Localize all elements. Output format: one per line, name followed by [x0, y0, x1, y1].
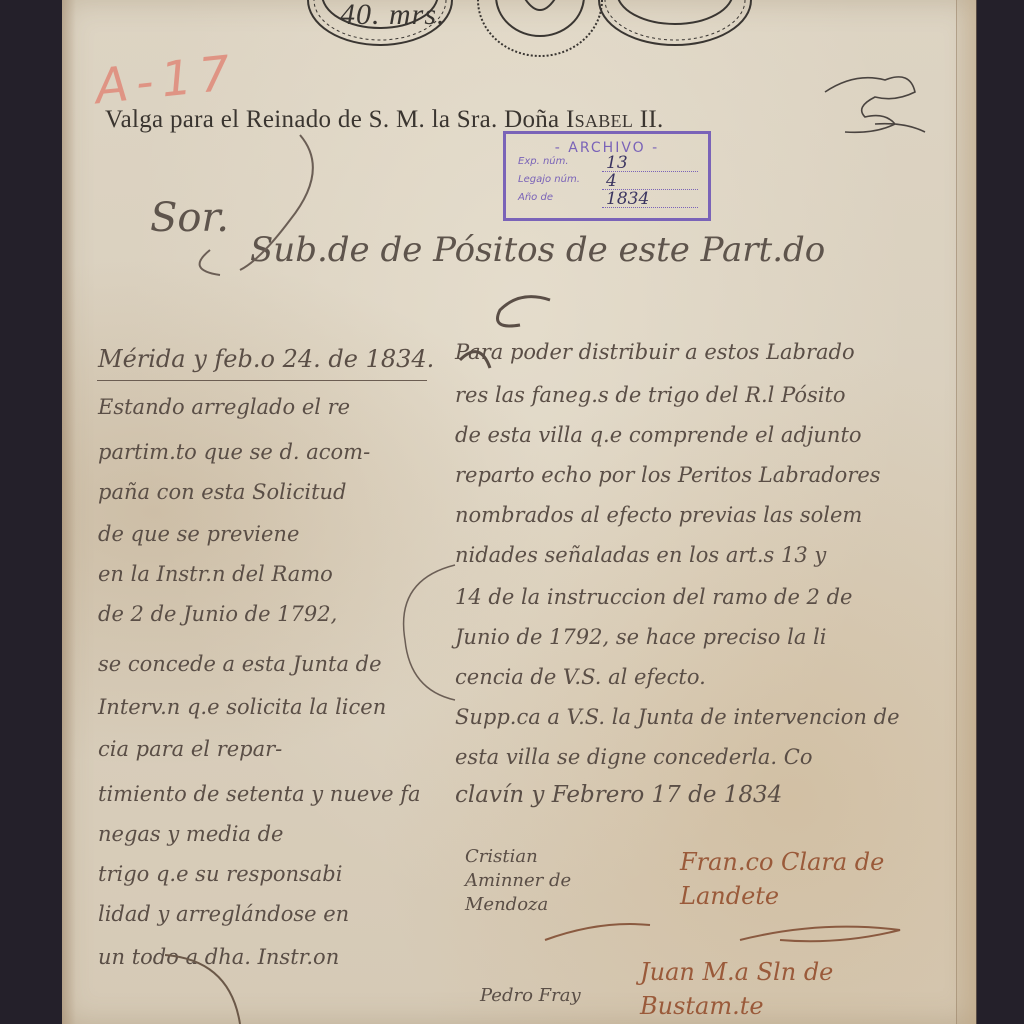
- decree-line: lidad y arreglándose en: [98, 902, 349, 926]
- stamp-seal-value: 40. mrs.: [300, 0, 460, 50]
- petition-line: Para poder distribuir a estos Labrado: [455, 340, 855, 364]
- stamp-value: 1834: [606, 189, 649, 209]
- stamp-value: 4: [606, 171, 617, 191]
- decree-line: de 2 de Junio de 1792,: [98, 602, 337, 626]
- petition-line: nombrados al efecto previas las solem: [455, 503, 862, 527]
- petition-line: Supp.ca a V.S. la Junta de intervencion …: [455, 705, 900, 729]
- petition-line: esta villa se digne concederla. Co: [455, 745, 812, 769]
- page-left-edge: [62, 0, 76, 1024]
- signature-1: Cristian Aminner de Mendoza: [465, 845, 585, 917]
- petition-line: de esta villa q.e comprende el adjunto: [455, 423, 862, 447]
- decree-date: Mérida y feb.o 24. de 1834.: [98, 345, 434, 373]
- signature-3: Juan M.a Sln de Bustam.te: [640, 955, 880, 1023]
- petition-date-line: clavín y Febrero 17 de 1834: [455, 782, 782, 808]
- petition-line: res las faneg.s de trigo del R.l Pósito: [455, 383, 846, 407]
- rubric-flourish-icon: [815, 62, 935, 142]
- petition-line: nidades señaladas en los art.s 13 y: [455, 543, 826, 567]
- divider-rule: [97, 380, 427, 381]
- salutation: Sor.: [150, 195, 229, 241]
- seal-value-text: 40. mrs.: [340, 0, 446, 32]
- stamp-row-year: Año de 1834: [506, 192, 708, 210]
- stamp-label: Exp. núm.: [518, 156, 569, 167]
- petition-line: 14 de la instruccion del ramo de 2 de: [455, 585, 852, 609]
- stamp-seal-right: [590, 0, 760, 50]
- stamp-value: 13: [606, 153, 628, 173]
- signature-4: Pedro Fray: [480, 985, 581, 1006]
- decree-line: cia para el repar-: [98, 737, 282, 761]
- header-name: Isabel: [566, 106, 633, 133]
- decree-line: paña con esta Solicitud: [98, 480, 346, 504]
- petition-line: reparto echo por los Peritos Labradores: [455, 463, 881, 487]
- decree-line: partim.to que se d. acom-: [98, 440, 370, 464]
- stamp-seal-emblem: [470, 0, 610, 60]
- decree-line: de que se previene: [98, 522, 299, 546]
- page-right-fold: [956, 0, 977, 1024]
- decree-line: negas y media de: [98, 822, 283, 846]
- decree-line: Interv.n q.e solicita la licen: [98, 695, 386, 719]
- decree-line: trigo q.e su responsabi: [98, 862, 342, 886]
- decree-line: un todo a dha. Instr.on: [98, 945, 339, 969]
- stamp-label: Año de: [518, 192, 553, 203]
- header-prefix: Valga para el Reinado de S. M. la Sra. D…: [105, 106, 566, 133]
- petition-line: Junio de 1792, se hace preciso la li: [455, 625, 826, 649]
- petition-line: cencia de V.S. al efecto.: [455, 665, 706, 689]
- decree-line: Estando arreglado el re: [98, 395, 350, 419]
- decree-line: en la Instr.n del Ramo: [98, 562, 333, 586]
- addressee-line: Sub.de de Pósitos de este Part.do: [250, 230, 825, 270]
- printed-header: Valga para el Reinado de S. M. la Sra. D…: [105, 106, 664, 134]
- header-suffix: II.: [633, 106, 663, 133]
- decree-line: se concede a esta Junta de: [98, 652, 382, 676]
- signature-2: Fran.co Clara de Landete: [680, 845, 920, 913]
- stamp-label: Legajo núm.: [518, 174, 580, 185]
- decree-line: timiento de setenta y nueve fa: [98, 782, 421, 806]
- archive-stamp: - ARCHIVO - Exp. núm. 13 Legajo núm. 4 A…: [503, 131, 711, 221]
